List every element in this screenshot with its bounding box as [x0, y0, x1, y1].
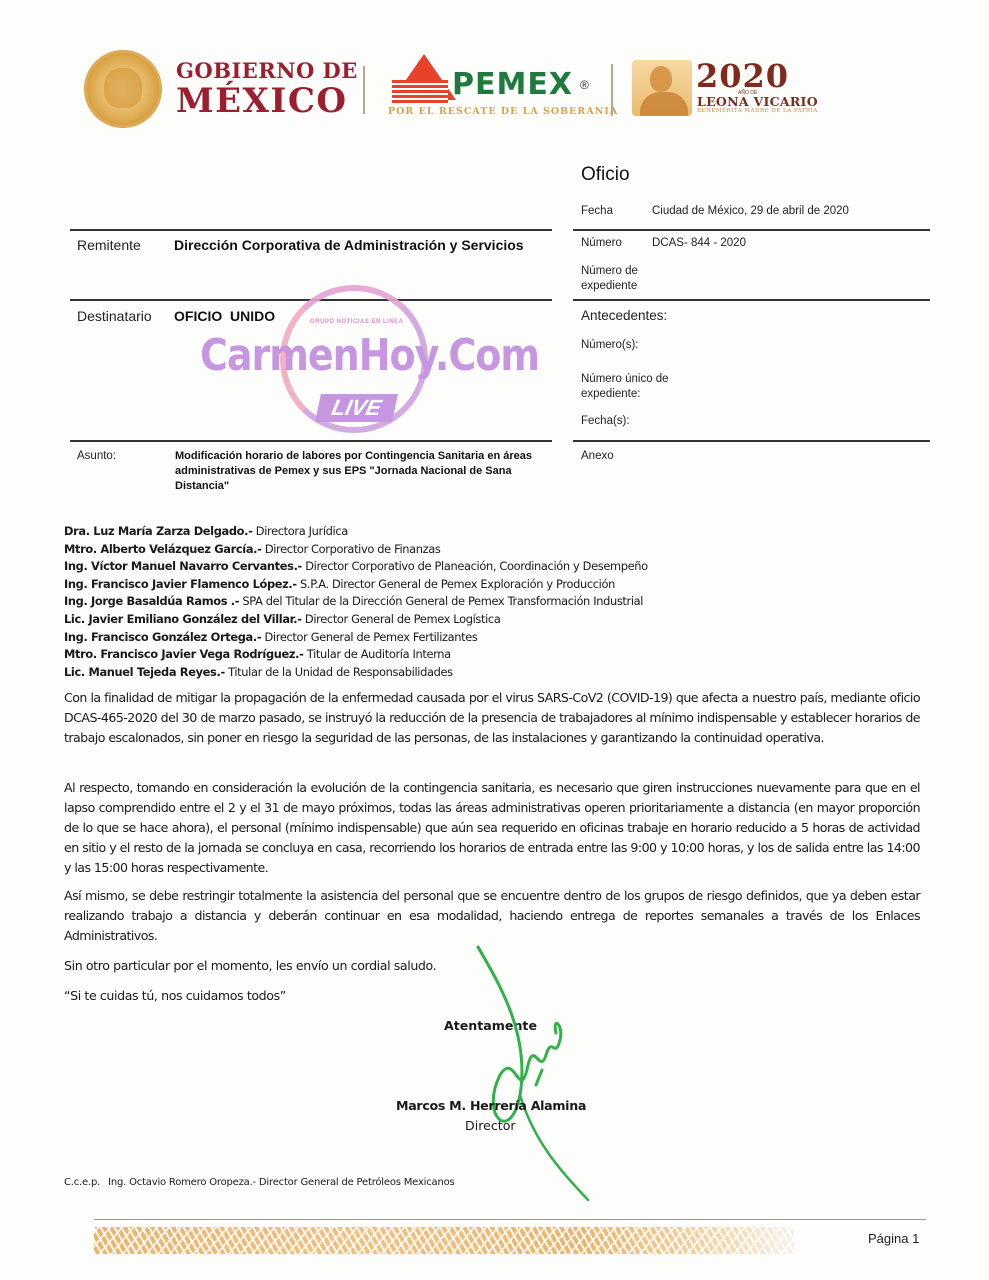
body-paragraph-2: Al respecto, tomando en consideración la… [64, 778, 920, 878]
recipient-name: Mtro. Francisco Javier Vega Rodríguez.- [64, 647, 304, 661]
pemex-tagline: POR EL RESCATE DE LA SOBERANIA [388, 106, 618, 117]
divider [573, 440, 930, 442]
recipient-item: Mtro. Alberto Velázquez García.- Directo… [64, 541, 648, 559]
numero-value: DCAS- 844 - 2020 [652, 236, 746, 251]
recipient-item: Lic. Javier Emiliano González del Villar… [64, 611, 648, 629]
recipient-name: Ing. Francisco González Ortega.- [64, 630, 261, 644]
signatory-name: Marcos M. Herrería Alamina [396, 1098, 586, 1113]
footer-decorative-pattern [94, 1227, 794, 1254]
portrait-face-shape [650, 66, 672, 92]
logo-divider [611, 64, 613, 116]
recipient-role: Director General de Pemex Fertilizantes [261, 630, 477, 644]
recipient-item: Ing. Víctor Manuel Navarro Cervantes.- D… [64, 558, 648, 576]
numero-unico-label: Número único de expediente: [581, 372, 669, 402]
recipient-item: Ing. Francisco González Ortega.- Directo… [64, 629, 648, 647]
closing-motto: “Si te cuidas tú, nos cuidamos todos” [64, 988, 286, 1003]
pemex-logo: PEMEX [452, 70, 573, 100]
numeros-label: Número(s): [581, 338, 639, 353]
recipient-name: Dra. Luz María Zarza Delgado.- [64, 524, 253, 538]
recipient-name: Lic. Javier Emiliano González del Villar… [64, 612, 302, 626]
divider [70, 229, 552, 231]
watermark-live-badge: LIVE [315, 394, 398, 422]
fecha-value: Ciudad de México, 29 de abril de 2020 [652, 204, 849, 219]
remitente-value: Dirección Corporativa de Administración … [174, 237, 524, 253]
recipient-name: Mtro. Alberto Velázquez García.- [64, 542, 262, 556]
cc-text: Ing. Octavio Romero Oropeza.- Director G… [108, 1177, 454, 1188]
divider [573, 299, 930, 301]
leona-year: 2020 [696, 60, 789, 92]
recipient-name: Lic. Manuel Tejeda Reyes.- [64, 665, 225, 679]
registered-mark: ® [580, 78, 589, 92]
recipient-role: Director General de Pemex Logística [302, 612, 501, 626]
recipient-item: Ing. Francisco Javier Flamenco López.- S… [64, 576, 648, 594]
antecedentes-label: Antecedentes: [581, 308, 667, 323]
recipient-role: Titular de Auditoría Interna [304, 647, 451, 661]
watermark-top-text: GRUPO NOTICIAS EN LINEA [310, 319, 404, 325]
numero-unico-line1: Número único de [581, 373, 669, 385]
footer-divider [94, 1219, 926, 1220]
handwritten-signature-icon [460, 945, 600, 1205]
recipient-item: Lic. Manuel Tejeda Reyes.- Titular de la… [64, 664, 648, 682]
body-paragraph-1: Con la finalidad de mitigar la propagaci… [64, 688, 920, 748]
cc-label: C.c.e.p. [64, 1177, 100, 1188]
leona-name: LEONA VICARIO [697, 94, 818, 109]
expediente-label-line1: Número de [581, 265, 638, 277]
asunto-value: Modificación horario de labores por Cont… [175, 449, 535, 494]
recipient-name: Ing. Francisco Javier Flamenco López.- [64, 577, 297, 591]
closing-greeting: Sin otro particular por el momento, les … [64, 958, 436, 973]
numero-unico-line2: expediente: [581, 388, 640, 400]
recipient-role: Directora Jurídica [253, 524, 348, 538]
gobierno-logo-line1: GOBIERNO DE [176, 60, 358, 81]
asunto-label: Asunto: [77, 449, 116, 464]
fechas-label: Fecha(s): [581, 414, 630, 429]
leona-subtitle: BENEMÉRITA MADRE DE LA PATRIA [697, 108, 818, 114]
carbon-copy: C.c.e.p.Ing. Octavio Romero Oropeza.- Di… [64, 1177, 455, 1188]
watermark-logo-text: CarmenHoy.Com [200, 333, 539, 377]
destinatario-value: OFICIO UNIDO [174, 308, 275, 324]
recipient-role: Director Corporativo de Finanzas [262, 542, 441, 556]
recipient-role: SPA del Titular de la Dirección General … [239, 594, 643, 608]
recipient-list: Dra. Luz María Zarza Delgado.- Directora… [64, 523, 648, 681]
anexo-label: Anexo [581, 449, 614, 464]
divider [70, 440, 552, 442]
recipient-name: Ing. Víctor Manuel Navarro Cervantes.- [64, 559, 302, 573]
page-number: Página 1 [868, 1231, 919, 1246]
recipient-role: Director Corporativo de Planeación, Coor… [302, 559, 648, 573]
recipient-item: Mtro. Francisco Javier Vega Rodríguez.- … [64, 646, 648, 664]
recipient-role: S.P.A. Director General de Pemex Explora… [297, 577, 615, 591]
recipient-item: Ing. Jorge Basaldúa Ramos .- SPA del Tit… [64, 593, 648, 611]
numero-label: Número [581, 236, 622, 251]
recipient-role: Titular de la Unidad de Responsabilidade… [225, 665, 453, 679]
signatory-title: Director [465, 1118, 516, 1133]
expediente-label-line2: expediente [581, 280, 637, 292]
document-type-title: Oficio [581, 164, 630, 186]
pemex-eagle-lines-icon [392, 80, 448, 104]
recipient-name: Ing. Jorge Basaldúa Ramos .- [64, 594, 239, 608]
expediente-label: Número de expediente [581, 264, 638, 294]
destinatario-label: Destinatario [77, 308, 152, 324]
gobierno-logo-line2: MÉXICO [176, 84, 348, 118]
recipient-item: Dra. Luz María Zarza Delgado.- Directora… [64, 523, 648, 541]
divider [573, 229, 930, 231]
remitente-label: Remitente [77, 237, 141, 253]
logo-divider [363, 66, 365, 114]
mexico-coat-of-arms-seal [84, 50, 162, 128]
fecha-label: Fecha [581, 204, 613, 219]
body-paragraph-3: Así mismo, se debe restringir totalmente… [64, 886, 920, 946]
